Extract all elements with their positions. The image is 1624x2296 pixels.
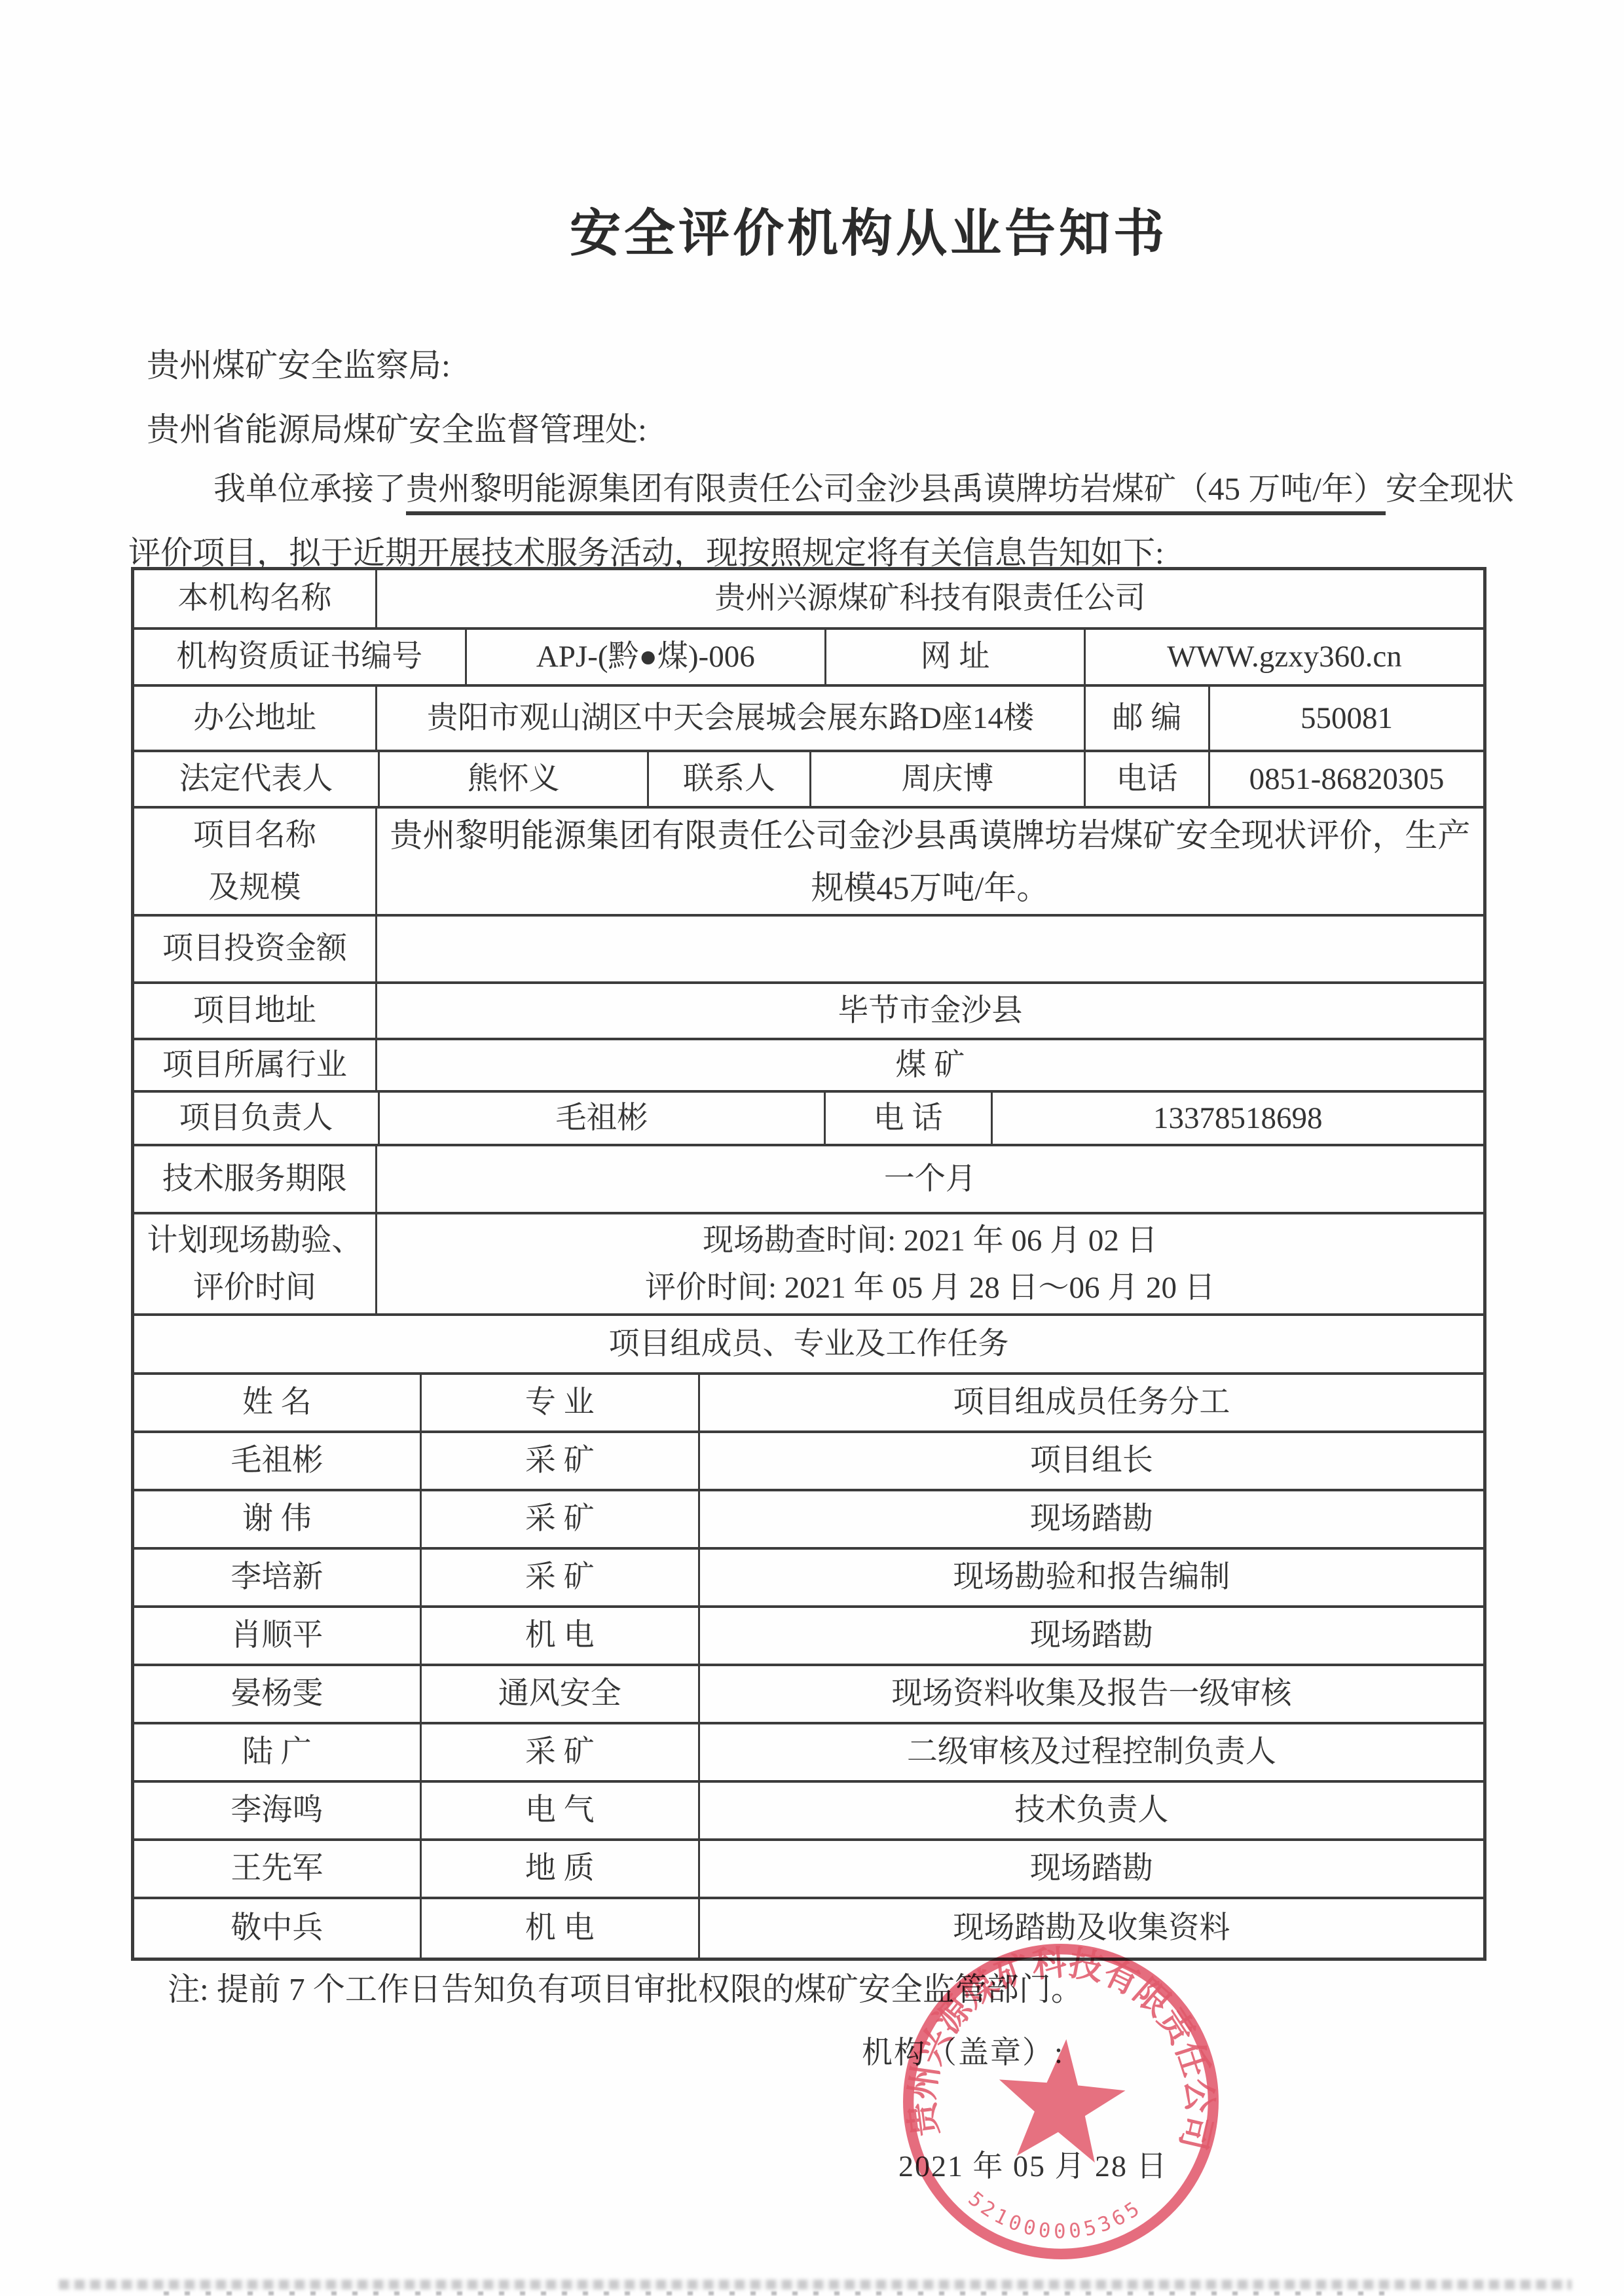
member-major: 通风安全 — [422, 1666, 700, 1722]
scan-artifact-strip — [59, 2280, 1572, 2289]
tel-label: 电话 — [1086, 752, 1210, 806]
service-term-label: 技术服务期限 — [134, 1146, 377, 1212]
project-name-value-line1: 贵州黎明能源集团有限责任公司金沙县禹谟牌坊岩煤矿安全现状评价，生产 — [390, 809, 1470, 862]
industry-value: 煤 矿 — [377, 1040, 1483, 1090]
plan-time-value: 现场勘查时间: 2021 年 06 月 02 日 评价时间: 2021 年 05… — [377, 1214, 1483, 1313]
member-header-task: 项目组成员任务分工 — [700, 1375, 1483, 1430]
member-name: 陆 广 — [134, 1724, 422, 1780]
member-major: 采 矿 — [422, 1433, 700, 1489]
cert-value: APJ-(黔●煤)-006 — [467, 630, 826, 684]
row-service-term: 技术服务期限 一个月 — [134, 1146, 1483, 1214]
member-row: 肖顺平 机 电 现场踏勘 — [134, 1608, 1483, 1666]
plan-time-value-line2: 评价时间: 2021 年 05 月 28 日～06 月 20 日 — [645, 1264, 1215, 1311]
project-name-value: 贵州黎明能源集团有限责任公司金沙县禹谟牌坊岩煤矿安全现状评价，生产 规模45万吨… — [377, 809, 1483, 914]
plan-time-label: 计划现场勘验、 评价时间 — [134, 1214, 377, 1313]
member-task: 技术负责人 — [700, 1783, 1483, 1838]
member-major: 地 质 — [422, 1841, 700, 1897]
addressee-line-1: 贵州煤矿安全监察局: — [147, 339, 451, 386]
member-name: 李培新 — [134, 1550, 422, 1605]
member-task: 现场勘验和报告编制 — [700, 1550, 1483, 1605]
member-row: 李海鸣 电 气 技术负责人 — [134, 1783, 1483, 1841]
service-term-value: 一个月 — [377, 1146, 1483, 1212]
tel-value: 0851-86820305 — [1210, 752, 1483, 806]
contact-label: 联系人 — [649, 752, 811, 806]
project-address-value: 毕节市金沙县 — [377, 984, 1483, 1038]
row-members-header: 姓 名 专 业 项目组成员任务分工 — [134, 1375, 1483, 1433]
row-office: 办公地址 贵阳市观山湖区中天会展城会展东路D座14楼 邮 编 550081 — [134, 687, 1483, 752]
contact-value: 周庆博 — [811, 752, 1086, 806]
member-major: 机 电 — [422, 1899, 700, 1958]
project-name-label-line1: 项目名称 — [193, 809, 316, 862]
member-task: 项目组长 — [700, 1433, 1483, 1489]
plan-time-label-line2: 评价时间 — [193, 1264, 316, 1311]
members-section-title: 项目组成员、专业及工作任务 — [134, 1316, 1483, 1372]
member-major: 采 矿 — [422, 1724, 700, 1780]
member-name: 敬中兵 — [134, 1899, 422, 1958]
member-major: 机 电 — [422, 1608, 700, 1664]
website-label: 网 址 — [826, 630, 1086, 684]
leader-tel-value: 13378518698 — [993, 1093, 1483, 1144]
member-row: 陆 广 采 矿 二级审核及过程控制负责人 — [134, 1724, 1483, 1783]
legal-rep-label: 法定代表人 — [134, 752, 380, 806]
member-row: 谢 伟 采 矿 现场踏勘 — [134, 1491, 1483, 1550]
member-name: 肖顺平 — [134, 1608, 422, 1664]
member-task: 现场踏勘 — [700, 1491, 1483, 1547]
office-value: 贵阳市观山湖区中天会展城会展东路D座14楼 — [377, 687, 1086, 750]
member-task: 现场资料收集及报告一级审核 — [700, 1666, 1483, 1722]
member-row: 毛祖彬 采 矿 项目组长 — [134, 1433, 1483, 1491]
leader-tel-label: 电 话 — [826, 1093, 993, 1144]
zip-label: 邮 编 — [1086, 687, 1210, 750]
investment-label: 项目投资金额 — [134, 917, 377, 981]
member-name: 李海鸣 — [134, 1783, 422, 1838]
info-table: 本机构名称 贵州兴源煤矿科技有限责任公司 机构资质证书编号 APJ-(黔●煤)-… — [131, 567, 1486, 1961]
row-project-name: 项目名称 及规模 贵州黎明能源集团有限责任公司金沙县禹谟牌坊岩煤矿安全现状评价，… — [134, 809, 1483, 917]
member-name: 谢 伟 — [134, 1491, 422, 1547]
website-value: WWW.gzxy360.cn — [1086, 630, 1483, 684]
scan-artifact-strip-2 — [164, 2291, 1395, 2295]
intro-suffix: 安全现状 — [1386, 471, 1514, 507]
member-name: 晏杨雯 — [134, 1666, 422, 1722]
row-org-name: 本机构名称 贵州兴源煤矿科技有限责任公司 — [134, 570, 1483, 630]
row-project-address: 项目地址 毕节市金沙县 — [134, 984, 1483, 1040]
office-label: 办公地址 — [134, 687, 377, 750]
row-investment: 项目投资金额 — [134, 917, 1483, 984]
intro-line-1: 我单位承接了贵州黎明能源集团有限责任公司金沙县禹谟牌坊岩煤矿（45 万吨/年）安… — [128, 464, 1514, 509]
leader-value: 毛祖彬 — [380, 1093, 826, 1144]
cert-label: 机构资质证书编号 — [134, 630, 467, 684]
member-task: 现场踏勘 — [700, 1608, 1483, 1664]
project-name-value-line2: 规模45万吨/年。 — [811, 862, 1049, 914]
legal-rep-value: 熊怀义 — [380, 752, 649, 806]
project-name-label-line2: 及规模 — [208, 862, 301, 914]
row-members-title: 项目组成员、专业及工作任务 — [134, 1316, 1483, 1375]
member-header-name: 姓 名 — [134, 1375, 422, 1430]
row-project-leader: 项目负责人 毛祖彬 电 话 13378518698 — [134, 1093, 1483, 1146]
org-name-label: 本机构名称 — [134, 570, 377, 627]
leader-label: 项目负责人 — [134, 1093, 380, 1144]
member-row: 李培新 采 矿 现场勘验和报告编制 — [134, 1550, 1483, 1608]
member-name: 王先军 — [134, 1841, 422, 1897]
member-task: 二级审核及过程控制负责人 — [700, 1724, 1483, 1780]
member-major: 采 矿 — [422, 1550, 700, 1605]
investment-value — [377, 917, 1483, 981]
plan-time-value-line1: 现场勘查时间: 2021 年 06 月 02 日 — [703, 1217, 1158, 1264]
document-page: 安全评价机构从业告知书 贵州煤矿安全监察局: 贵州省能源局煤矿安全监督管理处: … — [0, 0, 1624, 2296]
plan-time-label-line1: 计划现场勘验、 — [147, 1217, 362, 1264]
member-name: 毛祖彬 — [134, 1433, 422, 1489]
row-plan-time: 计划现场勘验、 评价时间 现场勘查时间: 2021 年 06 月 02 日 评价… — [134, 1214, 1483, 1316]
member-row: 晏杨雯 通风安全 现场资料收集及报告一级审核 — [134, 1666, 1483, 1724]
project-name-label: 项目名称 及规模 — [134, 809, 377, 914]
org-name-value: 贵州兴源煤矿科技有限责任公司 — [377, 570, 1483, 627]
zip-value: 550081 — [1210, 687, 1483, 750]
project-address-label: 项目地址 — [134, 984, 377, 1038]
row-industry: 项目所属行业 煤 矿 — [134, 1040, 1483, 1093]
member-major: 电 气 — [422, 1783, 700, 1838]
member-row: 王先军 地 质 现场踏勘 — [134, 1841, 1483, 1899]
addressee-line-2: 贵州省能源局煤矿安全监督管理处: — [147, 403, 647, 450]
member-major: 采 矿 — [422, 1491, 700, 1547]
member-row: 敬中兵 机 电 现场踏勘及收集资料 — [134, 1899, 1483, 1958]
industry-label: 项目所属行业 — [134, 1040, 377, 1090]
member-header-major: 专 业 — [422, 1375, 700, 1430]
company-seal-stamp-icon: 贵州兴源煤矿科技有限责任公司 5210000053656 — [888, 1929, 1234, 2275]
row-cert-website: 机构资质证书编号 APJ-(黔●煤)-006 网 址 WWW.gzxy360.c… — [134, 630, 1483, 687]
intro-prefix: 我单位承接了 — [213, 471, 406, 507]
page-title: 安全评价机构从业告知书 — [570, 192, 1168, 266]
intro-underlined-project-name: 贵州黎明能源集团有限责任公司金沙县禹谟牌坊岩煤矿（45 万吨/年） — [406, 471, 1386, 515]
row-legal-rep: 法定代表人 熊怀义 联系人 周庆博 电话 0851-86820305 — [134, 752, 1483, 809]
seal-star-icon — [993, 2033, 1130, 2164]
member-task: 现场踏勘 — [700, 1841, 1483, 1897]
